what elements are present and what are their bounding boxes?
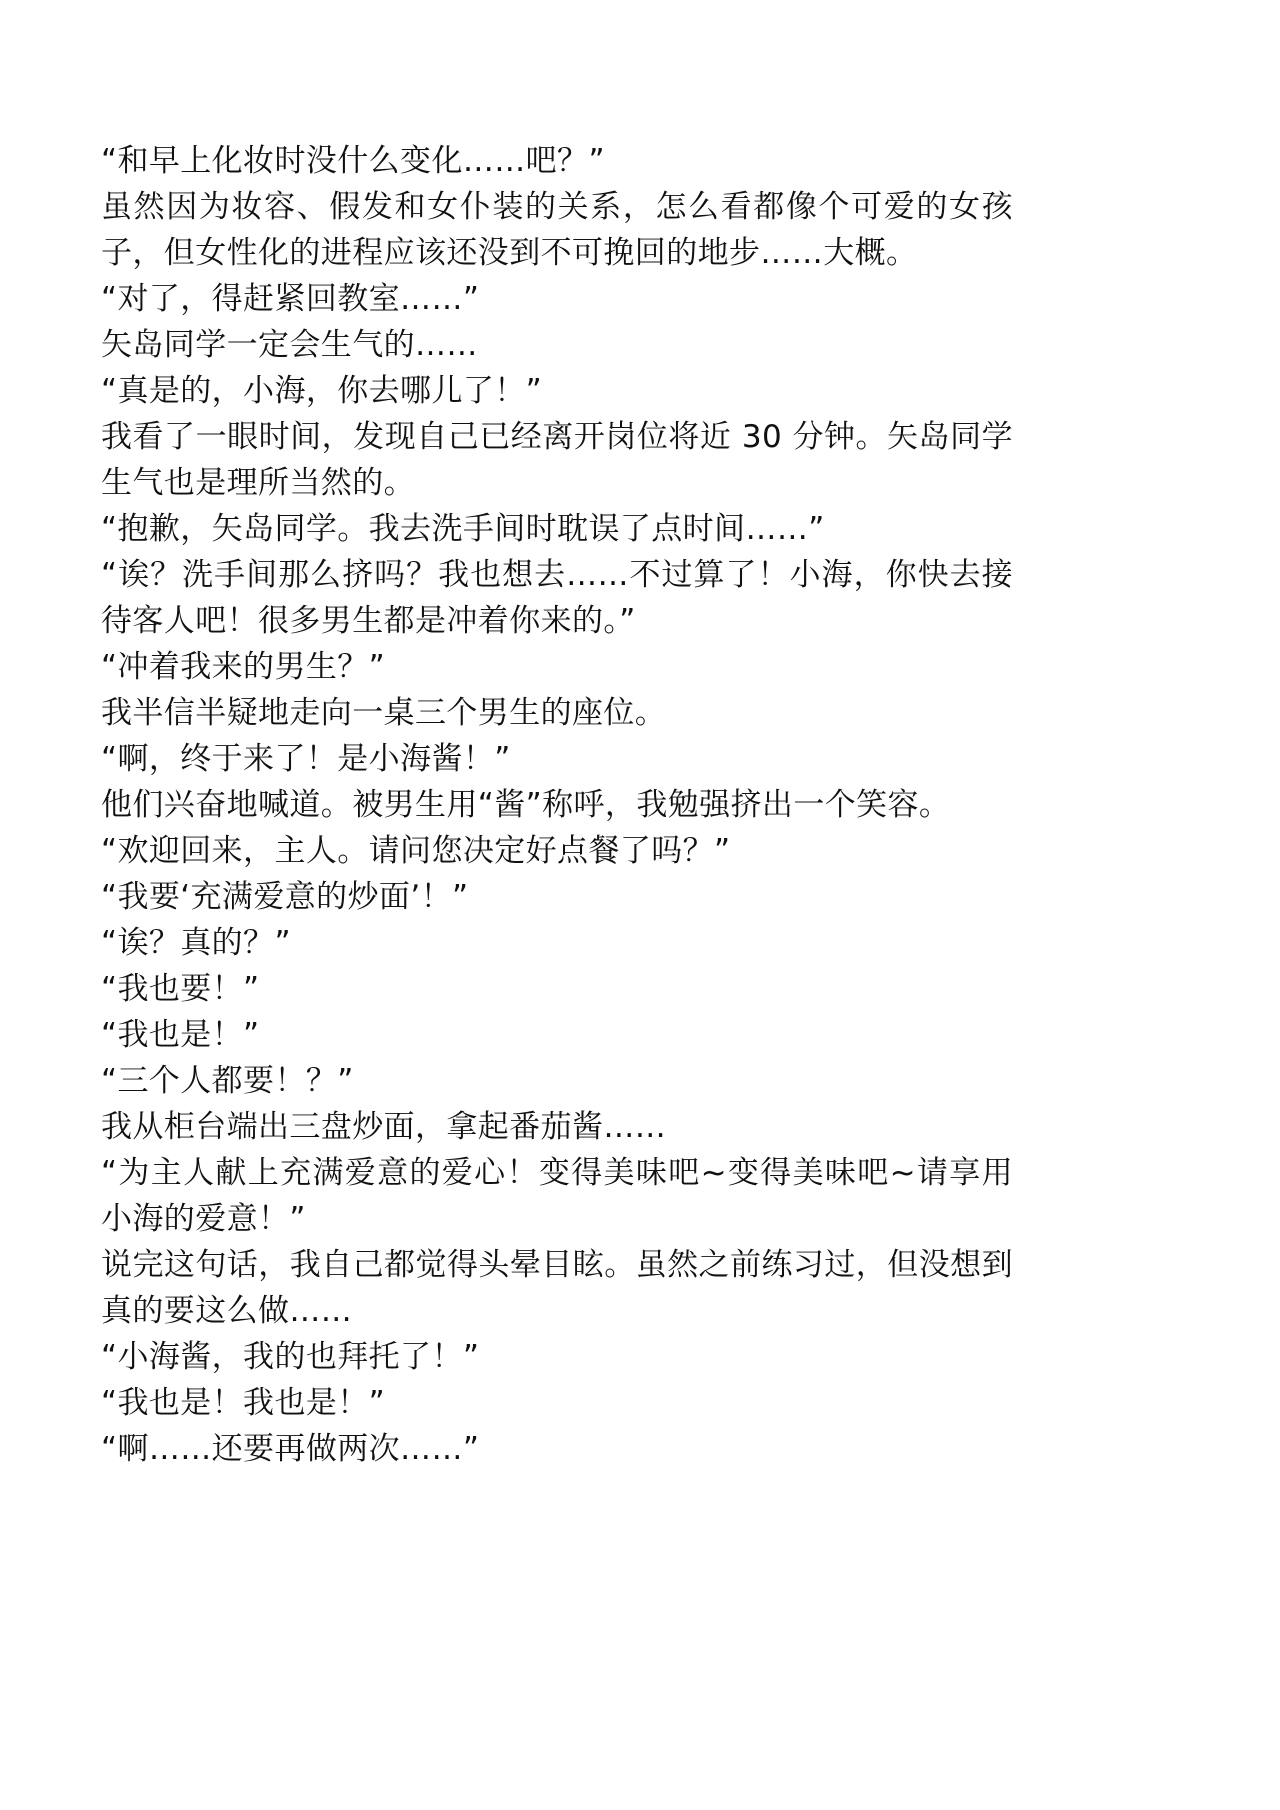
- dialog-line: “诶？洗手间那么挤吗？我也想去……不过算了！小海，你快去接待客人吧！很多男生都是…: [101, 552, 1013, 644]
- narration-paragraph: 矢岛同学一定会生气的……: [101, 322, 1013, 368]
- dialog-line: “啊……还要再做两次……”: [101, 1426, 1013, 1472]
- narration-paragraph: 说完这句话，我自己都觉得头晕目眩。虽然之前练习过，但没想到真的要这么做……: [101, 1242, 1013, 1334]
- dialog-line: “抱歉，矢岛同学。我去洗手间时耽误了点时间……”: [101, 506, 1013, 552]
- dialog-line: “为主人献上充满爱意的爱心！变得美味吧~变得美味吧~请享用小海的爱意！”: [101, 1150, 1013, 1242]
- dialog-line: “我也要！”: [101, 966, 1013, 1012]
- dialog-line: “诶？真的？”: [101, 920, 1013, 966]
- dialog-line: “和早上化妆时没什么变化……吧？”: [101, 138, 1013, 184]
- dialog-line: “我要‘充满爱意的炒面’！”: [101, 874, 1013, 920]
- dialog-line: “欢迎回来，主人。请问您决定好点餐了吗？”: [101, 828, 1013, 874]
- narration-paragraph: 我看了一眼时间，发现自己已经离开岗位将近 30 分钟。矢岛同学生气也是理所当然的…: [101, 414, 1013, 506]
- dialog-line: “三个人都要！？”: [101, 1058, 1013, 1104]
- narration-paragraph: 他们兴奋地喊道。被男生用“酱”称呼，我勉强挤出一个笑容。: [101, 782, 1013, 828]
- dialog-line: “我也是！”: [101, 1012, 1013, 1058]
- document-page: “和早上化妆时没什么变化……吧？” 虽然因为妆容、假发和女仆装的关系，怎么看都像…: [0, 0, 1280, 1772]
- dialog-line: “真是的，小海，你去哪儿了！”: [101, 368, 1013, 414]
- body-text: “和早上化妆时没什么变化……吧？” 虽然因为妆容、假发和女仆装的关系，怎么看都像…: [101, 138, 1013, 1472]
- narration-paragraph: 虽然因为妆容、假发和女仆装的关系，怎么看都像个可爱的女孩子，但女性化的进程应该还…: [101, 184, 1013, 276]
- dialog-line: “小海酱，我的也拜托了！”: [101, 1334, 1013, 1380]
- narration-paragraph: 我半信半疑地走向一桌三个男生的座位。: [101, 690, 1013, 736]
- dialog-line: “冲着我来的男生？”: [101, 644, 1013, 690]
- dialog-line: “对了，得赶紧回教室……”: [101, 276, 1013, 322]
- narration-paragraph: 我从柜台端出三盘炒面，拿起番茄酱……: [101, 1104, 1013, 1150]
- dialog-line: “我也是！我也是！”: [101, 1380, 1013, 1426]
- dialog-line: “啊，终于来了！是小海酱！”: [101, 736, 1013, 782]
